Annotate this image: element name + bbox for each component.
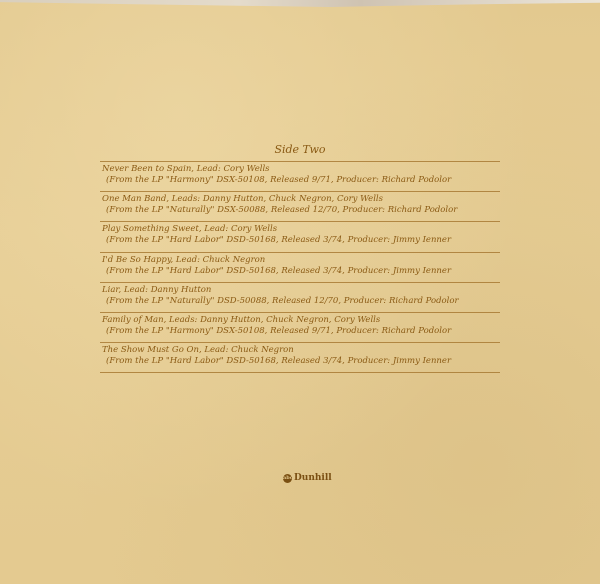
track-item: I'd Be So Happy, Lead: Chuck Negron (Fro… <box>102 255 498 277</box>
track-credits: (From the LP "Harmony" DSX-50108, Releas… <box>102 175 498 186</box>
label-name: Dunhill <box>294 473 332 483</box>
track-item: Never Been to Spain, Lead: Cory Wells (F… <box>102 164 498 186</box>
track-credits: (From the LP "Naturally" DSD-50088, Rele… <box>102 296 498 307</box>
abc-logo-icon: abc <box>283 474 292 483</box>
track-title: The Show Must Go On, Lead: Chuck Negron <box>102 345 498 356</box>
record-sleeve: Side Two Never Been to Spain, Lead: Cory… <box>0 0 600 584</box>
rule-line <box>100 161 500 162</box>
track-title: Family of Man, Leads: Danny Hutton, Chuc… <box>102 315 498 326</box>
track-credits: (From the LP "Hard Labor" DSD-50168, Rel… <box>102 266 498 277</box>
track-title: Never Been to Spain, Lead: Cory Wells <box>102 164 498 175</box>
track-item: One Man Band, Leads: Danny Hutton, Chuck… <box>102 194 498 216</box>
rule-line <box>100 191 500 192</box>
track-item: The Show Must Go On, Lead: Chuck Negron … <box>102 345 498 367</box>
rule-line <box>100 221 500 222</box>
track-credits: (From the LP "Naturally" DSX-50088, Rele… <box>102 205 498 216</box>
rule-line <box>100 372 500 373</box>
track-title: Play Something Sweet, Lead: Cory Wells <box>102 224 498 235</box>
rule-line <box>100 312 500 313</box>
track-item: Liar, Lead: Danny Hutton (From the LP "N… <box>102 285 498 307</box>
track-credits: (From the LP "Harmony" DSX-50108, Releas… <box>102 326 498 337</box>
track-item: Family of Man, Leads: Danny Hutton, Chuc… <box>102 315 498 337</box>
sleeve-top-edge <box>0 0 600 7</box>
track-item: Play Something Sweet, Lead: Cory Wells (… <box>102 224 498 246</box>
rule-line <box>100 252 500 253</box>
track-title: Liar, Lead: Danny Hutton <box>102 285 498 296</box>
track-title: One Man Band, Leads: Danny Hutton, Chuck… <box>102 194 498 205</box>
dunhill-logo: abc Dunhill <box>283 473 332 483</box>
track-credits: (From the LP "Hard Labor" DSD-50168, Rel… <box>102 356 498 367</box>
rule-line <box>100 342 500 343</box>
rule-line <box>100 282 500 283</box>
track-title: I'd Be So Happy, Lead: Chuck Negron <box>102 255 498 266</box>
track-credits: (From the LP "Hard Labor" DSD-50168, Rel… <box>102 235 498 246</box>
side-title: Side Two <box>0 143 600 156</box>
